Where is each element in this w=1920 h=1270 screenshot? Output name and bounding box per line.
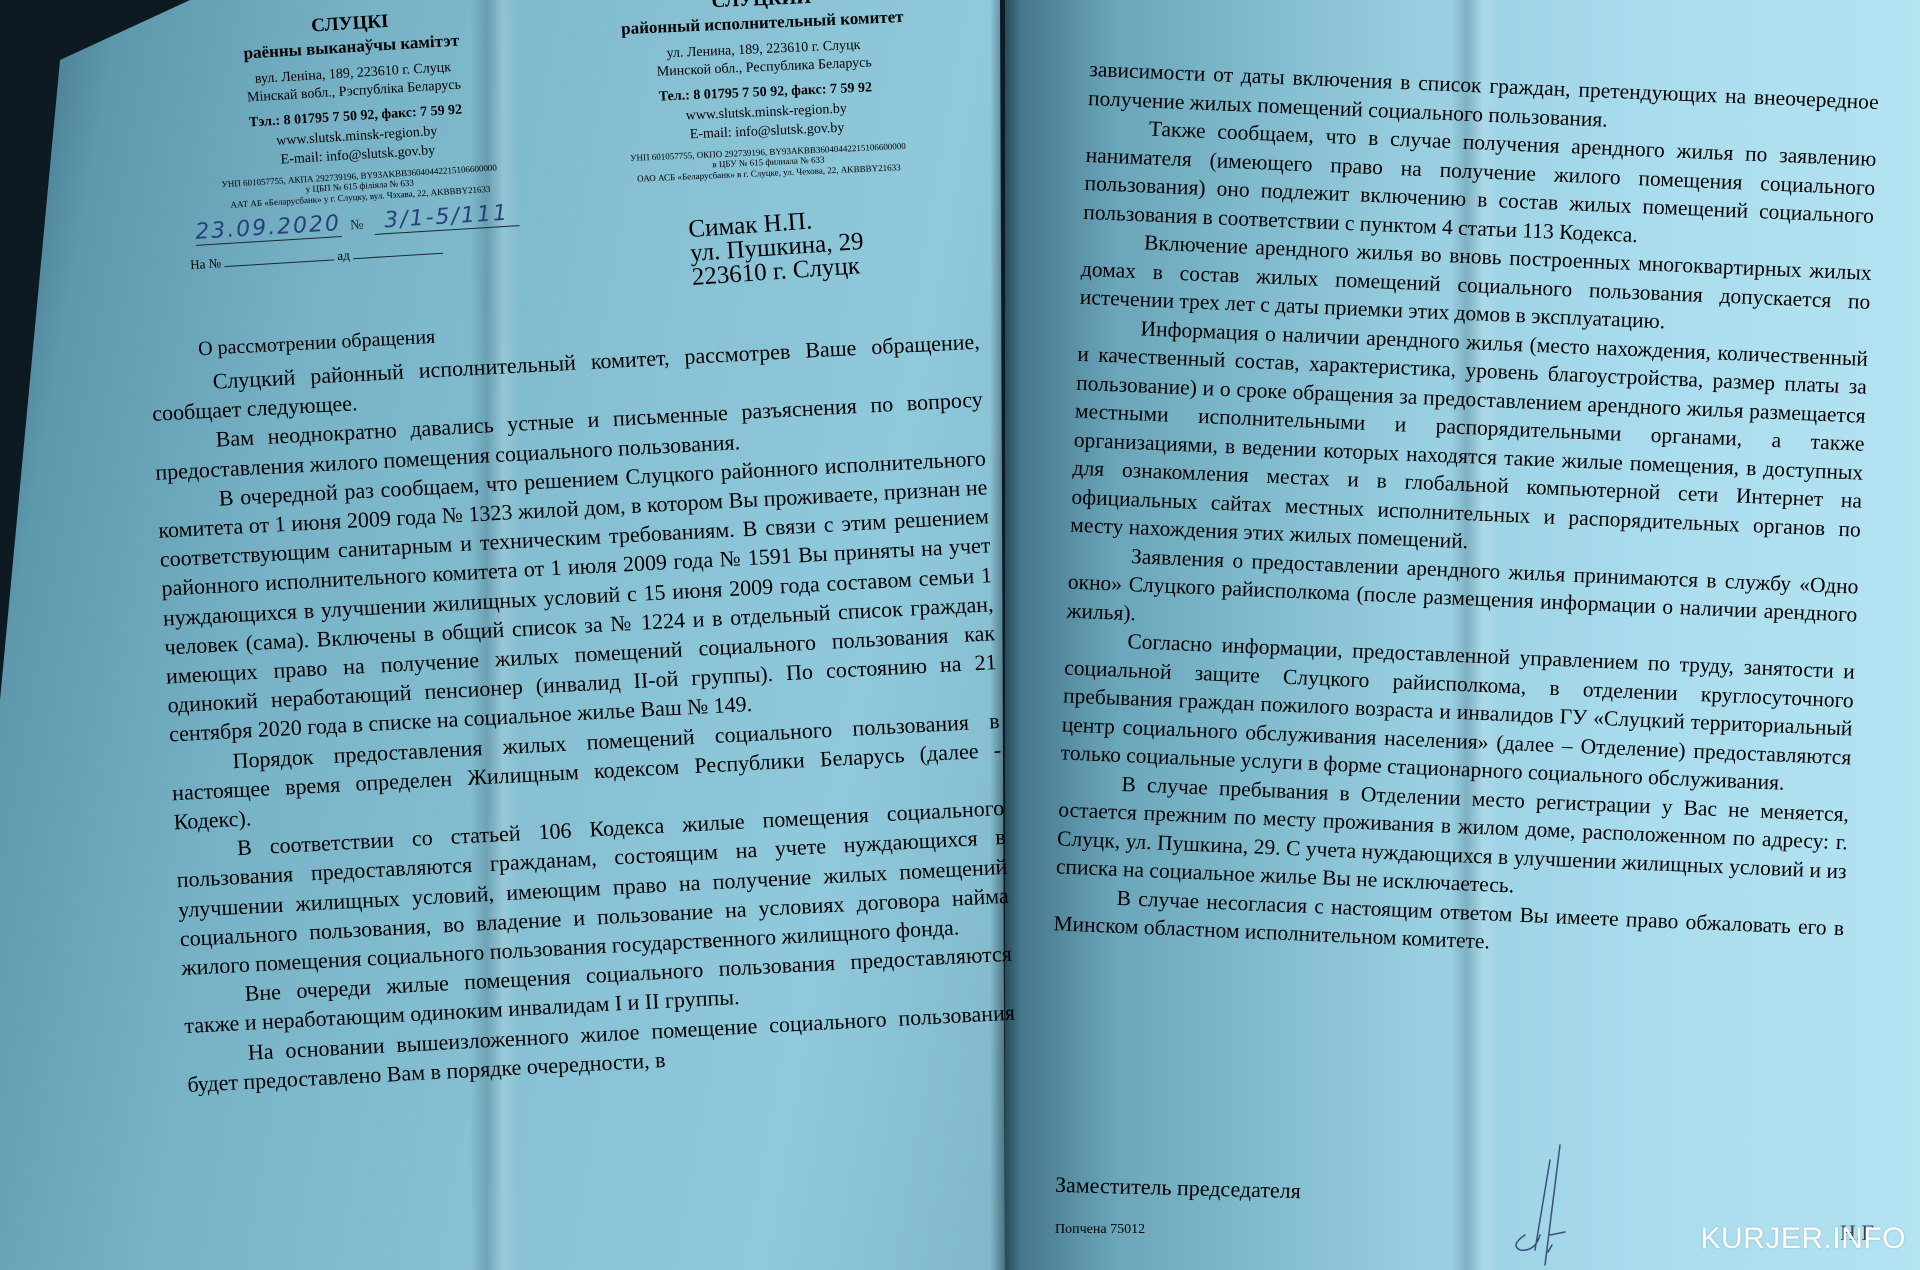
paragraph: Информация о наличии арендного жилья (ме… bbox=[1070, 311, 1869, 572]
site-watermark: KURJER.INFO bbox=[1700, 1222, 1906, 1256]
reference-from-label: ад bbox=[337, 247, 350, 263]
paragraph: В очередной раз сообщаем, что решением С… bbox=[156, 443, 999, 749]
letterhead-belarusian: СЛУЦКІ раённы выканаўчы камітэт вул. Лен… bbox=[209, 4, 500, 212]
handwritten-signature-icon bbox=[1490, 1140, 1610, 1270]
reference-label: На № bbox=[190, 255, 222, 272]
recipient-block: Симак Н.П. ул. Пушкина, 29 223610 г. Слу… bbox=[688, 206, 866, 289]
registration-number-label: № bbox=[350, 218, 366, 234]
letter-body-left: Слуцкий районный исполнительный комитет,… bbox=[150, 327, 1017, 1100]
letterhead-russian: СЛУЦКИЙ районный исполнительный комитет … bbox=[571, 0, 959, 187]
reference-date-blank bbox=[353, 253, 443, 259]
letter-body-right: зависимости от даты включения в список г… bbox=[1053, 55, 1879, 971]
executor-note: Попчена 75012 bbox=[1055, 1222, 1145, 1238]
